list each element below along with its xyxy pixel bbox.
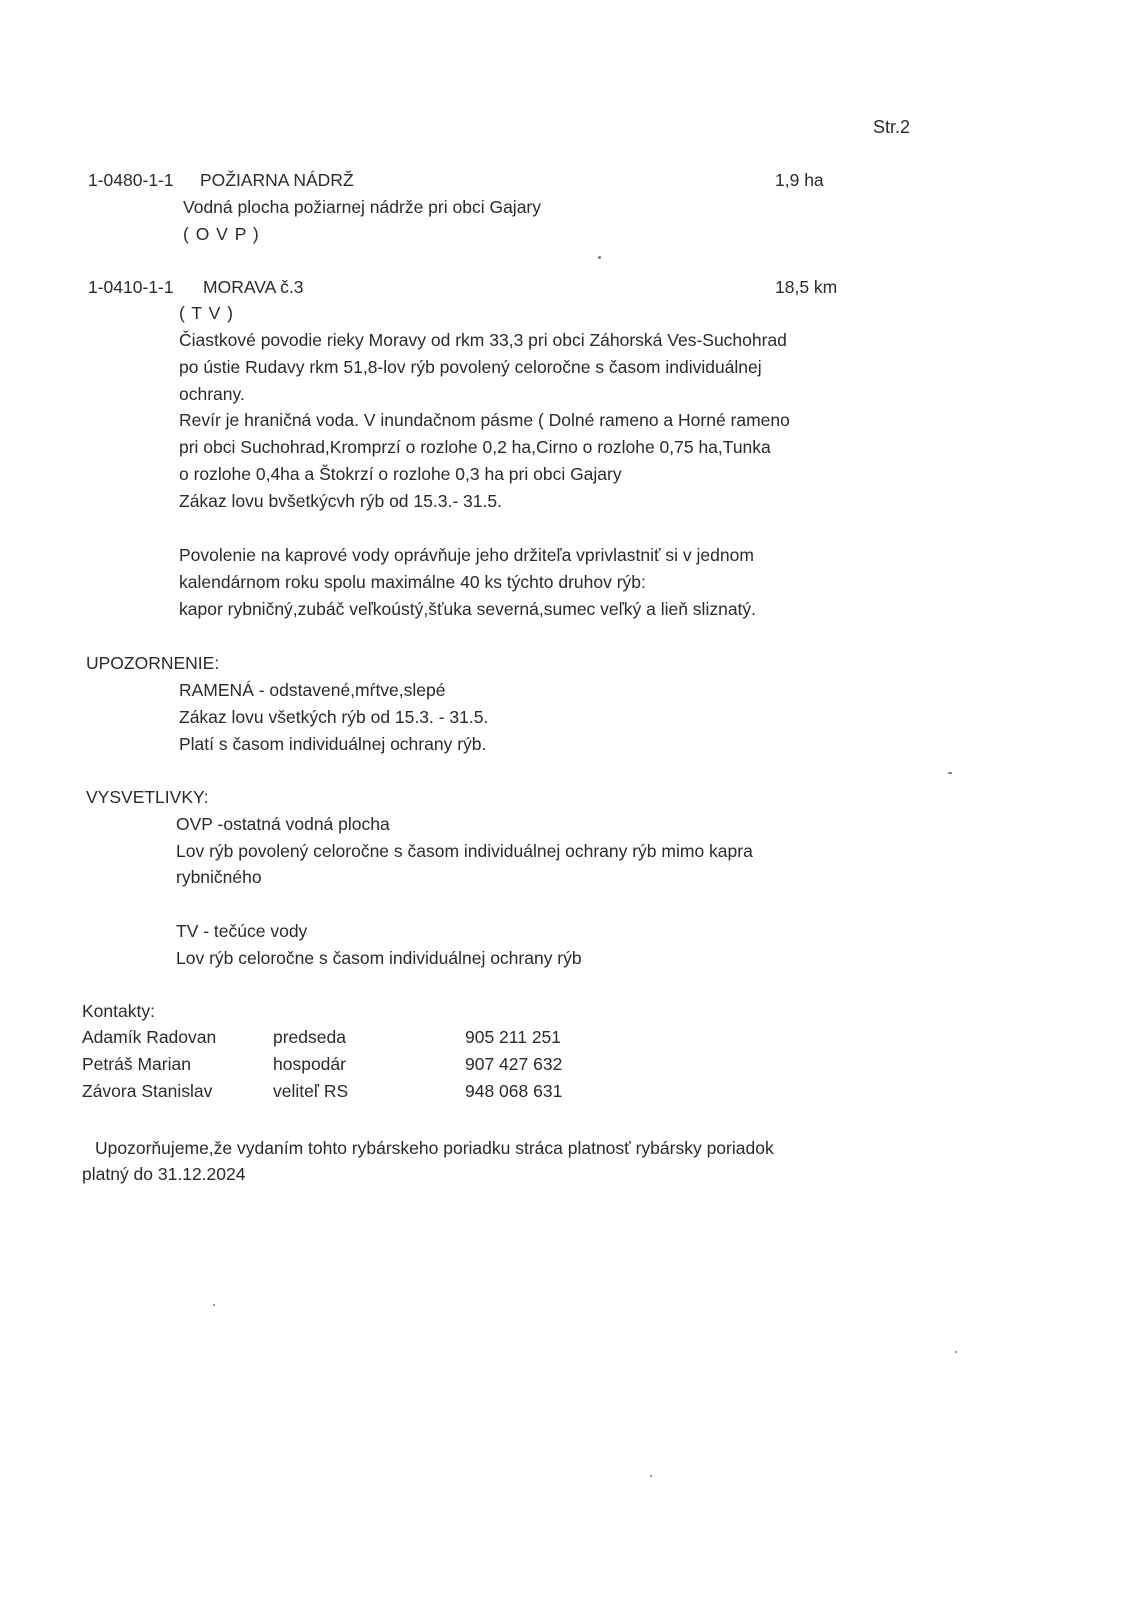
entry-description: Vodná plocha požiarnej nádrže pri obci G… — [183, 194, 541, 221]
entry-size: 18,5 km — [775, 274, 837, 301]
scan-speck — [650, 1475, 652, 1477]
entry-name: POŽIARNA NÁDRŽ — [200, 167, 354, 194]
contacts-heading: Kontakty: — [82, 998, 155, 1025]
entry-line: ochrany. — [179, 381, 245, 408]
contact-role: predseda — [273, 1024, 346, 1051]
entry-code: 1-0480-1-1 — [88, 167, 174, 194]
scan-speck — [955, 1351, 957, 1353]
entry-line: Zákaz lovu bvšetkýcvh rýb od 15.3.- 31.5… — [179, 488, 502, 515]
entry-line: pri obci Suchohrad,Kromprzí o rozlohe 0,… — [179, 434, 771, 461]
page-number: Str.2 — [873, 114, 910, 141]
entry-size: 1,9 ha — [775, 167, 824, 194]
entry-line: Čiastkové povodie rieky Moravy od rkm 33… — [179, 327, 787, 354]
entry-type: ( O V P ) — [183, 221, 260, 248]
legend-heading: VYSVETLIVKY: — [86, 784, 209, 811]
notice-line: platný do 31.12.2024 — [82, 1161, 245, 1188]
entry-type: ( T V ) — [179, 300, 234, 327]
contact-phone: 948 068 631 — [465, 1078, 562, 1105]
scan-speck — [948, 772, 952, 774]
contact-phone: 905 211 251 — [465, 1024, 561, 1051]
contact-name: Petráš Marian — [82, 1051, 191, 1078]
legend-line: TV - tečúce vody — [176, 918, 307, 945]
warning-heading: UPOZORNENIE: — [86, 650, 219, 677]
entry-line: o rozlohe 0,4ha a Štokrzí o rozlohe 0,3 … — [179, 461, 622, 488]
legend-line: rybničného — [176, 864, 262, 891]
entry-line: po ústie Rudavy rkm 51,8-lov rýb povolen… — [179, 354, 762, 381]
warning-line: Platí s časom individuálnej ochrany rýb. — [179, 731, 486, 758]
contact-name: Závora Stanislav — [82, 1078, 212, 1105]
contact-name: Adamík Radovan — [82, 1024, 216, 1051]
scan-speck — [213, 1304, 215, 1306]
notice-line: Upozorňujeme,že vydaním tohto rybárskeho… — [95, 1135, 774, 1162]
entry-line: Revír je hraničná voda. V inundačnom pás… — [179, 407, 790, 434]
contact-phone: 907 427 632 — [465, 1051, 562, 1078]
legend-line: Lov rýb celoročne s časom individuálnej … — [176, 945, 582, 972]
legend-line: OVP -ostatná vodná plocha — [176, 811, 390, 838]
permit-line: kalendárnom roku spolu maximálne 40 ks t… — [179, 569, 646, 596]
permit-line: Povolenie na kaprové vody oprávňuje jeho… — [179, 542, 754, 569]
permit-line: kapor rybničný,zubáč veľkoústý,šťuka sev… — [179, 596, 756, 623]
entry-name: MORAVA č.3 — [203, 274, 304, 301]
warning-line: RAMENÁ - odstavené,mŕtve,slepé — [179, 677, 446, 704]
contact-role: veliteľ RS — [273, 1078, 348, 1105]
contact-role: hospodár — [273, 1051, 346, 1078]
entry-code: 1-0410-1-1 — [88, 274, 174, 301]
legend-line: Lov rýb povolený celoročne s časom indiv… — [176, 838, 753, 865]
warning-line: Zákaz lovu všetkých rýb od 15.3. - 31.5. — [179, 704, 488, 731]
scan-speck — [598, 256, 601, 259]
